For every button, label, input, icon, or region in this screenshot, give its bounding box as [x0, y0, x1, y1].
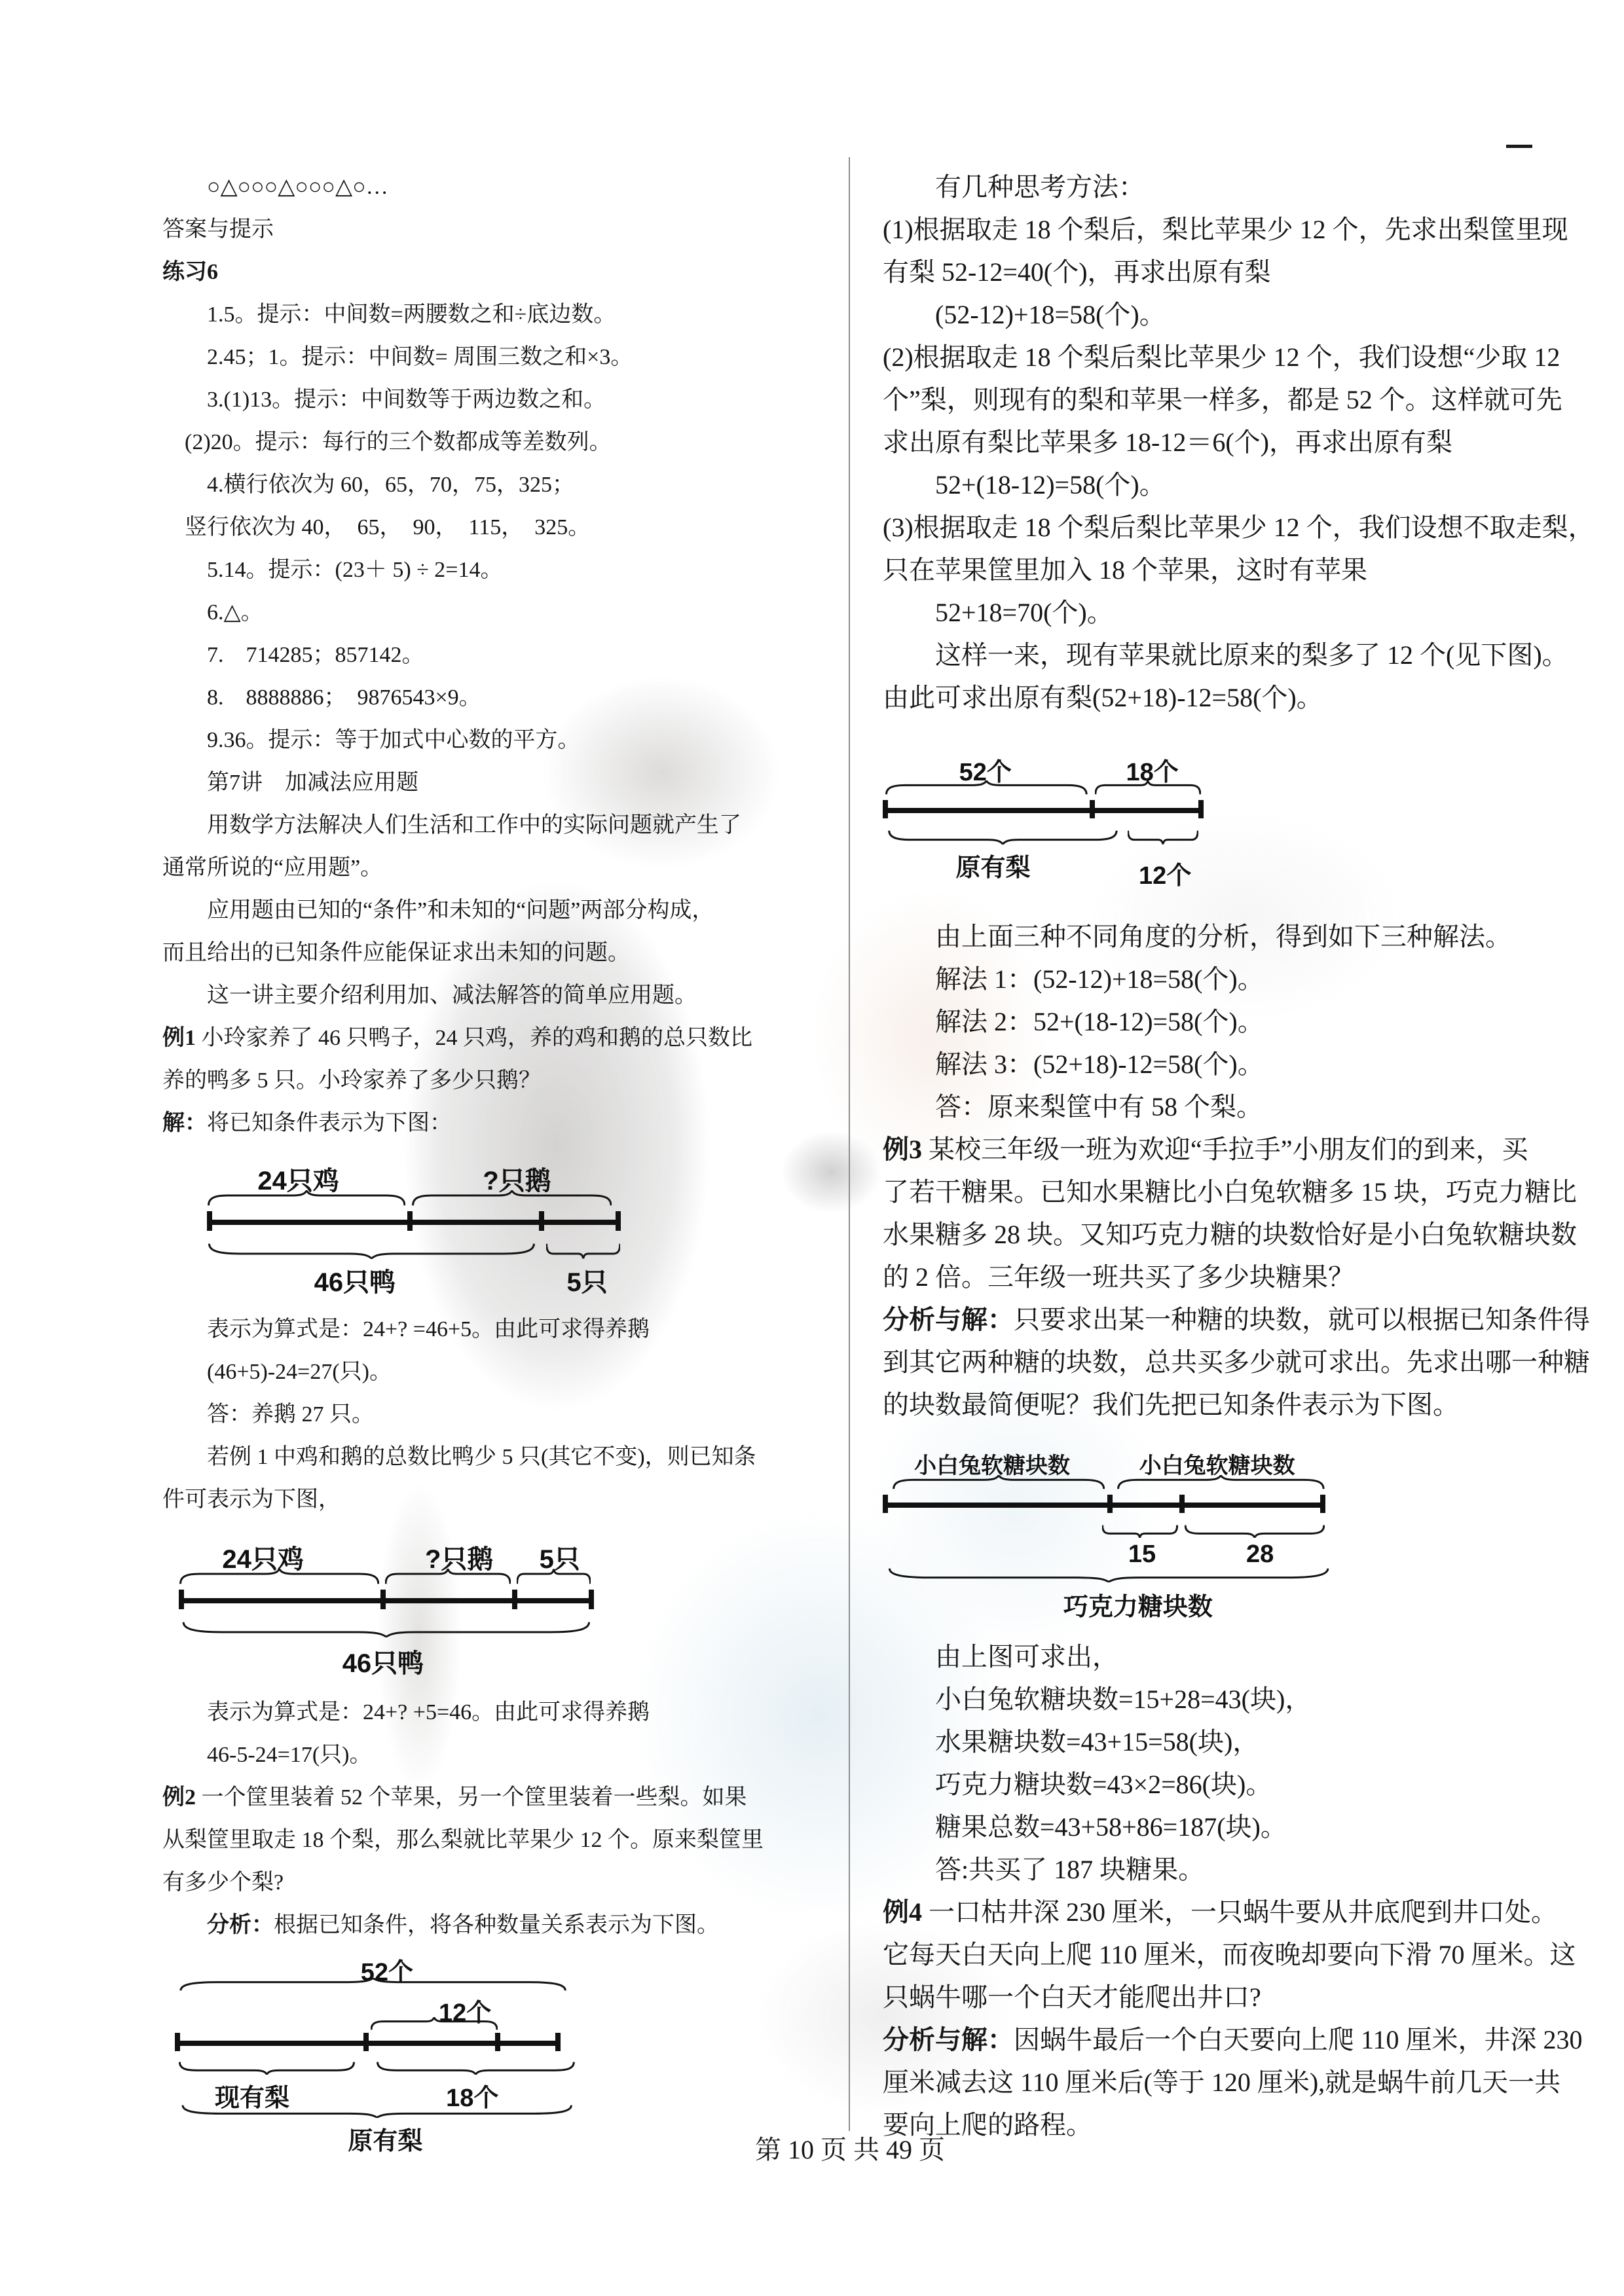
text-line: 水果糖多 28 块。又知巧克力糖的块数恰好是小白兔软糖块数: [883, 1213, 1511, 1256]
text-line: 第7讲 加减法应用题: [162, 761, 771, 804]
text-line: 分析与解：因蜗牛最后一个白天要向上爬 110 厘米，井深 230: [883, 2018, 1511, 2061]
diagram-label: 15: [1128, 1540, 1156, 1569]
brace-up-icon: [517, 1569, 591, 1584]
brace-down-icon: [181, 1622, 591, 1637]
text-line: 这样一来，现有苹果就比原来的梨多了 12 个(见下图)。: [883, 634, 1511, 676]
text-line: 的块数最简便呢？我们先把已知条件表示为下图。: [883, 1383, 1511, 1426]
page-number: 第 10 页 共 49 页: [755, 2129, 945, 2166]
brace-down-icon: [1128, 830, 1198, 845]
text-line: 例4 一口枯井深 230 厘米，一只蜗牛要从井底爬到井口处。: [883, 1891, 1511, 1933]
diagram-label: 巧克力糖块数: [1063, 1586, 1213, 1622]
column-divider: [849, 157, 850, 2131]
text-line: 解：将已知条件表示为下图：: [162, 1102, 771, 1144]
segment-bar: [883, 808, 1204, 813]
text-line: 由上面三种不同角度的分析，得到如下三种解法。: [883, 915, 1511, 958]
brace-up-icon: [893, 1475, 1105, 1489]
diagram-label: 12个: [1139, 855, 1191, 891]
text-line: 通常所说的“应用题”。: [162, 847, 771, 889]
text-line: (1)根据取走 18 个梨后，梨比苹果少 12 个，先求出梨筐里现: [883, 208, 1511, 251]
text-line: (2)20。提示：每行的三个数都成等差数列。: [162, 421, 771, 464]
bar-diagram-example1: 24只鸡 ?只鹅 46只鸭 5只: [208, 1160, 620, 1292]
text-line: 有梨 52-12=40(个)，再求出原有梨: [883, 251, 1511, 293]
diagram-label: 5只: [566, 1262, 607, 1299]
brace-up-icon: [371, 2017, 498, 2030]
text-line: 竖行依次为 40， 65， 90， 115， 325。: [162, 506, 771, 549]
text-line: 巧克力糖块数=43×2=86(块)。: [883, 1763, 1511, 1806]
text-line: 分析：根据已知条件，将各种数量关系表示为下图。: [162, 1904, 771, 1946]
text-line: (52-12)+18=58(个)。: [883, 293, 1511, 336]
text-line: 分析与解：只要求出某一种糖的块数，就可以根据已知条件得: [883, 1298, 1511, 1341]
text-line: 9.36。提示：等于加式中心数的平方。: [162, 719, 771, 761]
text-line: 有几种思考方法：: [883, 166, 1511, 208]
text-line: 答：原来梨筐中有 58 个梨。: [883, 1085, 1511, 1128]
text-line: 8. 8888886； 9876543×9。: [162, 676, 771, 719]
text-line: 5.14。提示：(23＋ 5) ÷ 2=14。: [162, 549, 771, 591]
diagram-label: 原有梨: [348, 2121, 422, 2157]
brace-down-icon: [1102, 1525, 1177, 1538]
text-line: 52+(18-12)=58(个)。: [883, 464, 1511, 506]
page: ○△○○○△○○○△○…答案与提示练习6 1.5。提示：中间数=两腰数之和÷底边…: [0, 0, 1624, 2296]
brace-down-icon: [208, 1243, 536, 1259]
bar-diagram-example3-candies: 小白兔软糖块数 小白兔软糖块数 15 28 巧克力糖块数: [883, 1448, 1335, 1614]
text-line: 7. 714285；857142。: [162, 634, 771, 676]
text-line: 只蜗牛哪一个白天才能爬出井口?: [883, 1976, 1511, 2018]
text-line: ○△○○○△○○○△○…: [162, 166, 771, 208]
text-line: 解法 3：(52+18)-12=58(个)。: [883, 1043, 1511, 1085]
text-line: 例3 某校三年级一班为欢迎“手拉手”小朋友们的到来，买: [883, 1128, 1511, 1171]
text-line: 要向上爬的路程。: [883, 2104, 1511, 2146]
corner-mark: [1506, 145, 1532, 148]
text-line: 的 2 倍。三年级一班共买了多少块糖果？: [883, 1256, 1511, 1298]
text-line: 厘米减去这 110 厘米后(等于 120 厘米),就是蜗牛前几天一共: [883, 2061, 1511, 2104]
bar-diagram-example2-analysis: 52个 12个 现有梨 18个 原有梨: [175, 1952, 580, 2147]
brace-up-icon: [179, 1978, 567, 1991]
text-line: 练习6: [162, 251, 771, 293]
text-line: (3)根据取走 18 个梨后梨比苹果少 12 个，我们设想不取走梨，: [883, 506, 1511, 549]
text-line: 到其它两种糖的块数，总共买多少就可求出。先求出哪一种糖: [883, 1341, 1511, 1383]
text-line: 只在苹果筐里加入 18 个苹果，这时有苹果: [883, 549, 1511, 591]
text-line: 求出原有梨比苹果多 18-12＝6(个)，再求出原有梨: [883, 421, 1511, 464]
text-line: 答：养鹅 27 只。: [162, 1393, 771, 1436]
text-line: 3.(1)13。提示：中间数等于两边数之和。: [162, 378, 771, 421]
brace-up-icon: [412, 1190, 612, 1206]
text-line: 用数学方法解决人们生活和工作中的实际问题就产生了: [162, 804, 771, 847]
bar-diagram-example2-method3: 52个 18个 原有梨 12个: [883, 752, 1204, 883]
brace-down-icon: [181, 2105, 573, 2118]
segment-bar: [179, 1598, 593, 1603]
text-line: 例1 小玲家养了 46 只鸭子，24 只鸡，养的鸡和鹅的总只数比: [162, 1017, 771, 1059]
segment-bar: [175, 2041, 559, 2046]
segment-bar: [883, 1503, 1325, 1508]
text-line: 例2 一个筐里装着 52 个苹果，另一个筐里装着一些梨。如果: [162, 1776, 771, 1819]
text-line: 若例 1 中鸡和鹅的总数比鸭少 5 只(其它不变)，则已知条: [162, 1436, 771, 1478]
brace-down-icon: [888, 830, 1118, 845]
text-line: 52+18=70(个)。: [883, 591, 1511, 634]
right-column: 有几种思考方法：(1)根据取走 18 个梨后，梨比苹果少 12 个，先求出梨筐里…: [883, 166, 1511, 2146]
text-line: 糖果总数=43+58+86=187(块)。: [883, 1806, 1511, 1848]
text-line: 而且给出的已知条件应能保证求出未知的问题。: [162, 932, 771, 974]
brace-down-icon: [887, 1568, 1330, 1582]
brace-up-icon: [1095, 780, 1201, 795]
text-line: 它每天白天向上爬 110 厘米，而夜晚却要向下滑 70 厘米。这: [883, 1933, 1511, 1976]
diagram-label: 原有梨: [956, 847, 1031, 883]
text-line: 6.△。: [162, 591, 771, 634]
brace-up-icon: [885, 780, 1088, 795]
text-line: 由上图可求出，: [883, 1635, 1511, 1678]
segment-bar: [208, 1220, 620, 1225]
brace-up-icon: [179, 1569, 379, 1584]
left-column: ○△○○○△○○○△○…答案与提示练习6 1.5。提示：中间数=两腰数之和÷底边…: [162, 166, 771, 2151]
text-line: 答:共买了 187 块糖果。: [883, 1848, 1511, 1891]
text-line: 46-5-24=17(只)。: [162, 1734, 771, 1776]
brace-down-icon: [179, 2062, 355, 2075]
brace-down-icon: [377, 2062, 575, 2075]
text-line: 个”梨，则现有的梨和苹果一样多，都是 52 个。这样就可先: [883, 378, 1511, 421]
text-line: 表示为算式是：24+? +5=46。由此可求得养鹅: [162, 1691, 771, 1734]
text-line: 4.横行依次为 60，65，70，75，325；: [162, 464, 771, 506]
text-line: 从梨筐里取走 18 个梨，那么梨就比苹果少 12 个。原来梨筐里: [162, 1819, 771, 1861]
brace-up-icon: [1117, 1475, 1325, 1489]
diagram-label: 28: [1246, 1540, 1274, 1569]
text-line: 解法 1：(52-12)+18=58(个)。: [883, 958, 1511, 1000]
text-line: 有多少个梨?: [162, 1861, 771, 1904]
brace-up-icon: [208, 1190, 405, 1206]
text-line: 养的鸭多 5 只。小玲家养了多少只鹅？: [162, 1059, 771, 1102]
text-line: 表示为算式是：24+? =46+5。由此可求得养鹅: [162, 1308, 771, 1351]
bar-diagram-example1-variant: 24只鸡 ?只鹅 5只 46只鸭: [179, 1539, 593, 1673]
text-line: 件可表示为下图，: [162, 1478, 771, 1521]
text-line: 了若干糖果。已知水果糖比小白兔软糖多 15 块，巧克力糖比: [883, 1171, 1511, 1213]
diagram-label: 46只鸭: [314, 1262, 396, 1299]
brace-down-icon: [546, 1243, 620, 1259]
brace-up-icon: [385, 1569, 511, 1584]
text-line: 应用题由已知的“条件”和未知的“问题”两部分构成，: [162, 889, 771, 932]
diagram-label: 46只鸭: [342, 1643, 424, 1680]
text-line: (2)根据取走 18 个梨后梨比苹果少 12 个，我们设想“少取 12: [883, 336, 1511, 378]
text-line: 小白兔软糖块数=15+28=43(块)，: [883, 1678, 1511, 1721]
text-line: 1.5。提示：中间数=两腰数之和÷底边数。: [162, 293, 771, 336]
brace-down-icon: [1185, 1525, 1325, 1538]
text-line: 由此可求出原有梨(52+18)-12=58(个)。: [883, 676, 1511, 719]
text-line: 这一讲主要介绍利用加、减法解答的简单应用题。: [162, 974, 771, 1017]
text-line: 解法 2：52+(18-12)=58(个)。: [883, 1000, 1511, 1043]
text-line: 水果糖块数=43+15=58(块)，: [883, 1721, 1511, 1763]
text-line: 2.45；1。提示：中间数= 周围三数之和×3。: [162, 336, 771, 378]
text-line: 答案与提示: [162, 208, 771, 251]
text-line: (46+5)-24=27(只)。: [162, 1351, 771, 1393]
